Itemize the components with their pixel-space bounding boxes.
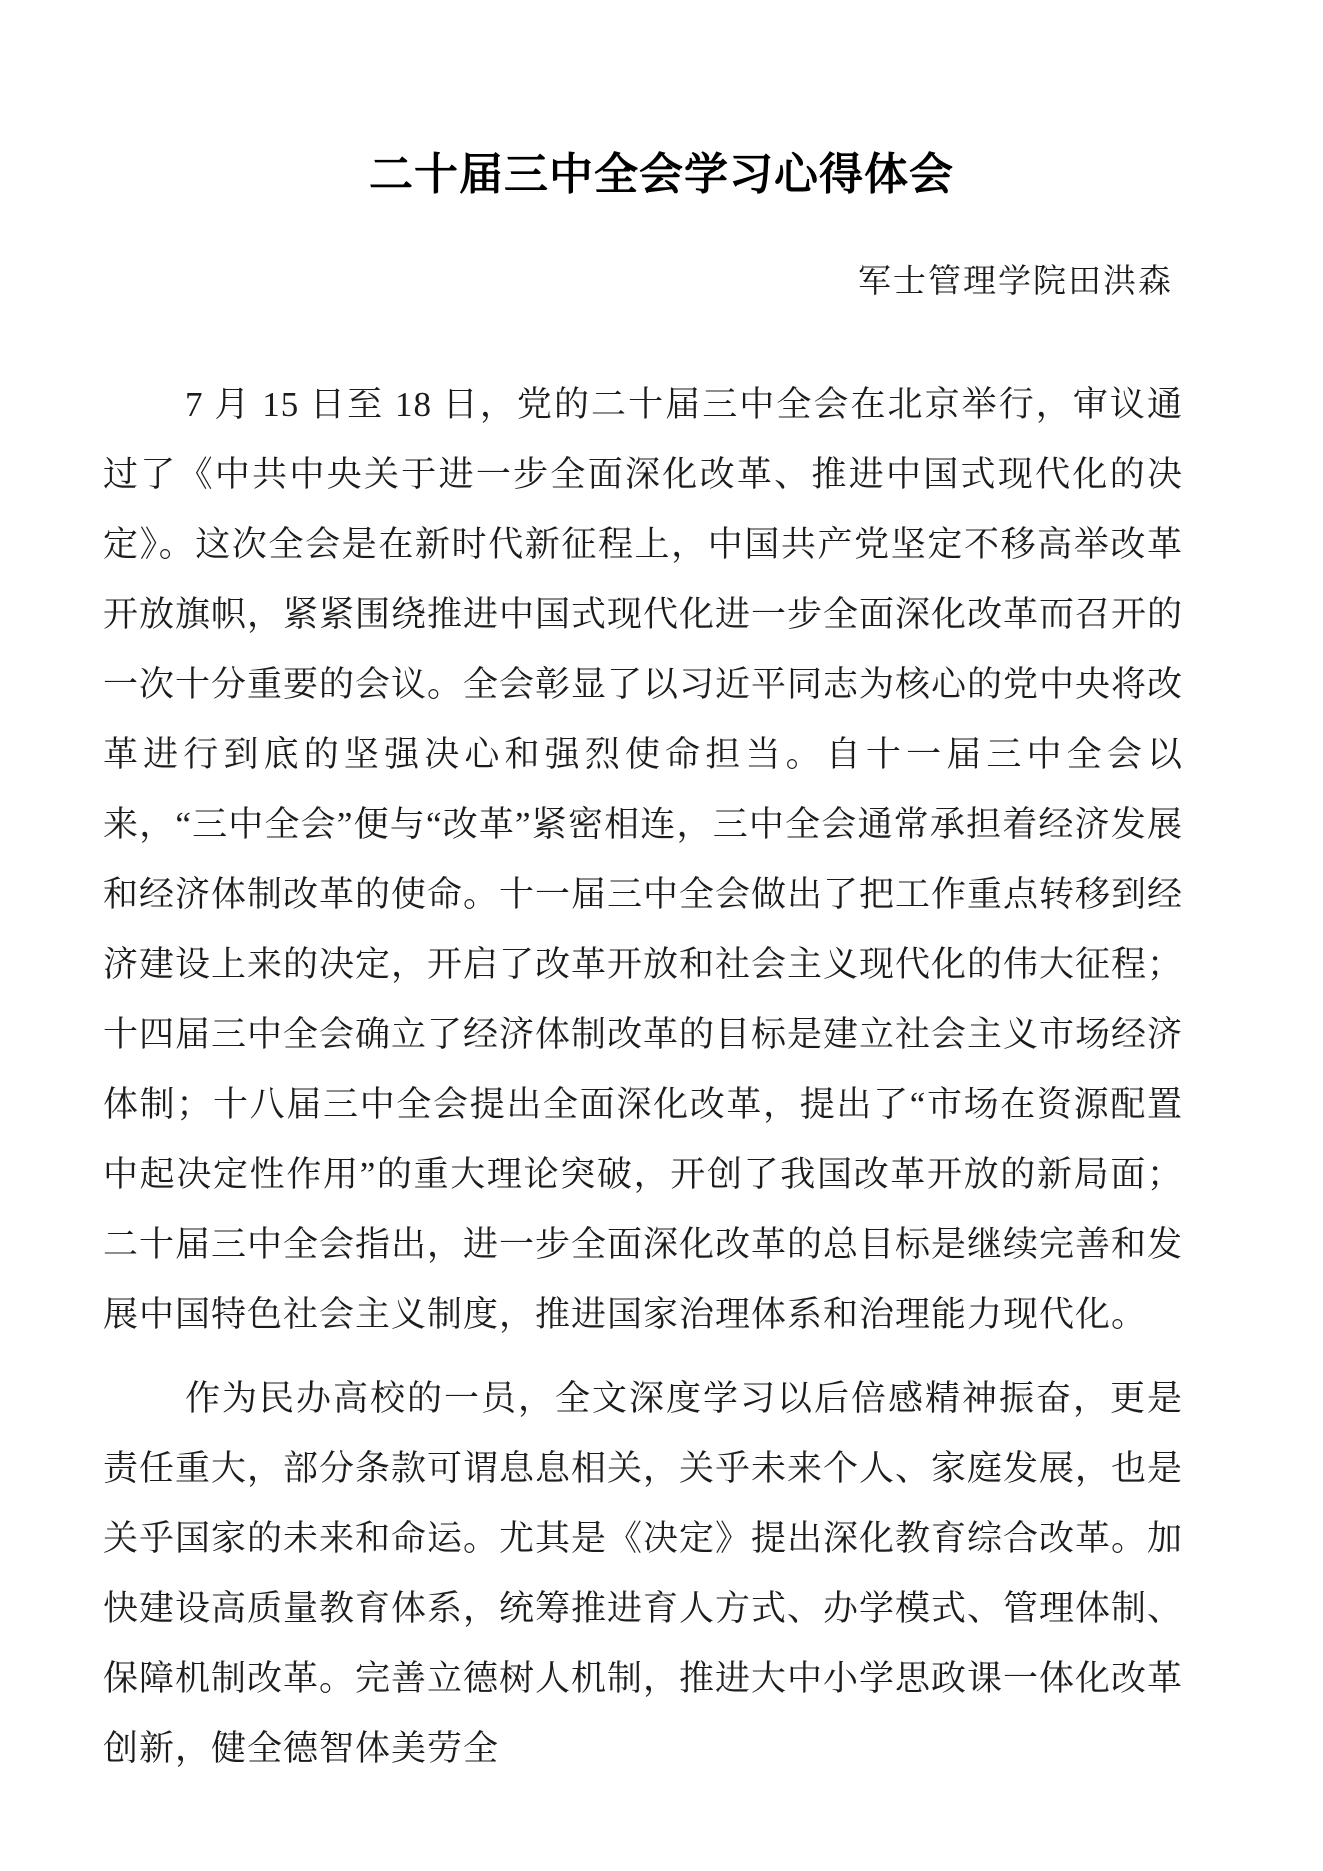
document-body: 7 月 15 日至 18 日，党的二十届三中全会在北京举行，审议通过了《中共中央…	[103, 370, 1183, 1784]
body-paragraph: 7 月 15 日至 18 日，党的二十届三中全会在北京举行，审议通过了《中共中央…	[103, 370, 1183, 1350]
author-line: 军士管理学院田洪森	[0, 260, 1323, 304]
document-page: 二十届三中全会学习心得体会 军士管理学院田洪森 7 月 15 日至 18 日，党…	[0, 0, 1323, 1871]
body-paragraph: 作为民办高校的一员，全文深度学习以后倍感精神振奋，更是责任重大，部分条款可谓息息…	[103, 1364, 1183, 1784]
document-title: 二十届三中全会学习心得体会	[0, 0, 1323, 204]
